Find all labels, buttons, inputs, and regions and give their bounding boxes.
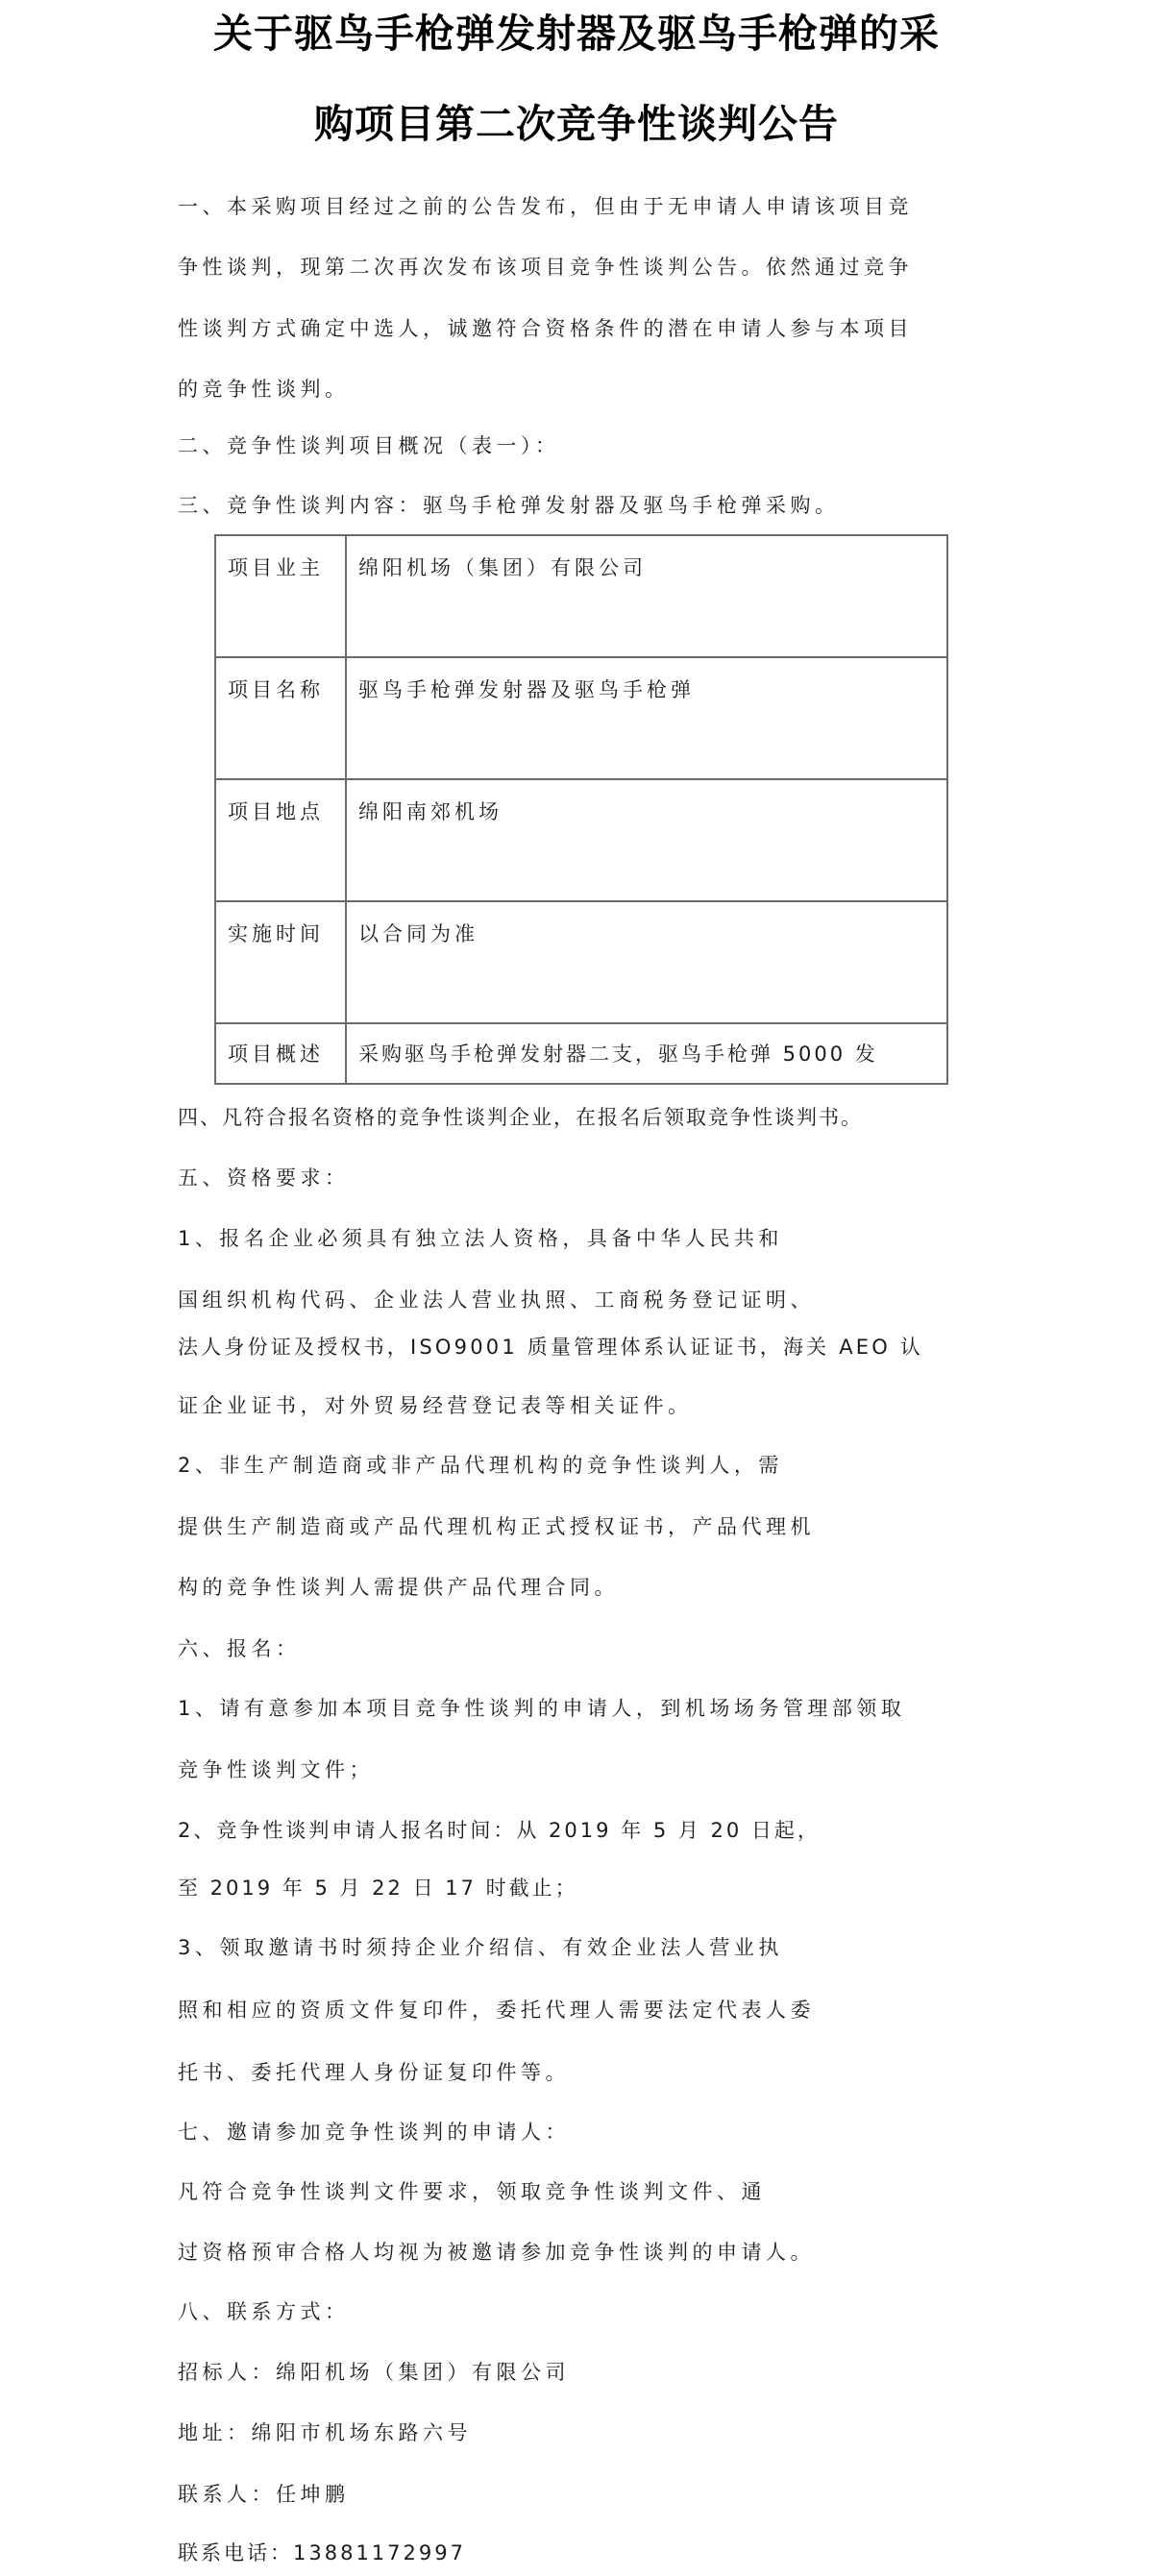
section1-line-4: 的竞争性谈判。: [178, 377, 350, 402]
table-cell-label: 项目地点: [215, 779, 346, 901]
section6-item3-line-1: 3、领取邀请书时须持企业介绍信、有效企业法人营业执: [178, 1935, 783, 1960]
contact-phone: 联系电话：13881172997: [178, 2540, 466, 2565]
table-cell-value: 以合同为准: [346, 901, 947, 1023]
table-row: 项目概述 采购驱鸟手枪弹发射器二支，驱鸟手枪弹 5000 发: [215, 1023, 947, 1084]
section1-line-1: 一、本采购项目经过之前的公告发布，但由于无申请人申请该项目竞: [178, 194, 913, 219]
page-title-line-1: 关于驱鸟手枪弹发射器及驱鸟手枪弹的采: [0, 10, 1153, 58]
table-row: 实施时间 以合同为准: [215, 901, 947, 1023]
section6-heading: 六、报名：: [178, 1636, 301, 1661]
section7-body-line-1: 凡符合竞争性谈判文件要求，领取竞争性谈判文件、通: [178, 2179, 766, 2204]
section5-item2-line-1: 2、非生产制造商或非产品代理机构的竞争性谈判人，需: [178, 1453, 783, 1478]
section1-line-3: 性谈判方式确定中选人，诚邀符合资格条件的潜在申请人参与本项目: [178, 316, 913, 341]
section7-body-line-2: 过资格预审合格人均视为被邀请参加竞争性谈判的申请人。: [178, 2240, 815, 2265]
section5-item2-line-2: 提供生产制造商或产品代理机构正式授权证书，产品代理机: [178, 1514, 815, 1539]
table-cell-label: 实施时间: [215, 901, 346, 1023]
section5-item2-line-3: 构的竞争性谈判人需提供产品代理合同。: [178, 1575, 619, 1600]
project-overview-table: 项目业主 绵阳机场（集团）有限公司 项目名称 驱鸟手枪弹发射器及驱鸟手枪弹 项目…: [214, 534, 948, 1085]
table-row: 项目名称 驱鸟手枪弹发射器及驱鸟手枪弹: [215, 657, 947, 779]
section3-heading: 三、竞争性谈判内容：驱鸟手枪弹发射器及驱鸟手枪弹采购。: [178, 493, 840, 518]
section5-item1-line-2: 国组织机构代码、企业法人营业执照、工商税务登记证明、: [178, 1288, 815, 1313]
section4-line: 四、凡符合报名资格的竞争性谈判企业，在报名后领取竞争性谈判书。: [178, 1105, 863, 1130]
section6-item2-line-2: 至 2019 年 5 月 22 日 17 时截止；: [178, 1876, 578, 1901]
section6-item3-line-2: 照和相应的资质文件复印件，委托代理人需要法定代表人委: [178, 1998, 815, 2023]
page-title-line-2: 购项目第二次竞争性谈判公告: [0, 100, 1153, 148]
table-cell-value: 采购驱鸟手枪弹发射器二支，驱鸟手枪弹 5000 发: [346, 1023, 947, 1084]
section7-heading: 七、邀请参加竞争性谈判的申请人：: [178, 2120, 570, 2145]
section6-item3-line-3: 托书、委托代理人身份证复印件等。: [178, 2060, 570, 2085]
section8-heading: 八、联系方式：: [178, 2299, 350, 2324]
section5-item1-line-4: 证企业证书，对外贸易经营登记表等相关证件。: [178, 1393, 693, 1418]
table-cell-label: 项目业主: [215, 535, 346, 657]
table-cell-label: 项目名称: [215, 657, 346, 779]
contact-address: 地址：绵阳市机场东路六号: [178, 2420, 472, 2445]
contact-tenderer: 招标人：绵阳机场（集团）有限公司: [178, 2360, 570, 2385]
contact-person: 联系人：任坤鹏: [178, 2482, 350, 2507]
section1-line-2: 争性谈判，现第二次再次发布该项目竞争性谈判公告。依然通过竞争: [178, 255, 913, 280]
section6-item1-line-1: 1、请有意参加本项目竞争性谈判的申请人，到机场场务管理部领取: [178, 1696, 905, 1721]
section5-item1-line-3: 法人身份证及授权书，ISO9001 质量管理体系认证证书，海关 AEO 认: [178, 1335, 923, 1360]
section6-item1-line-2: 竞争性谈判文件；: [178, 1757, 374, 1782]
table-cell-value: 绵阳南郊机场: [346, 779, 947, 901]
table-row: 项目业主 绵阳机场（集团）有限公司: [215, 535, 947, 657]
table-cell-value: 绵阳机场（集团）有限公司: [346, 535, 947, 657]
table-cell-value: 驱鸟手枪弹发射器及驱鸟手枪弹: [346, 657, 947, 779]
section5-heading: 五、资格要求：: [178, 1165, 350, 1190]
table-row: 项目地点 绵阳南郊机场: [215, 779, 947, 901]
section6-item2-line-1: 2、竞争性谈判申请人报名时间：从 2019 年 5 月 20 日起，: [178, 1818, 821, 1843]
table-cell-label: 项目概述: [215, 1023, 346, 1084]
section5-item1-line-1: 1、报名企业必须具有独立法人资格，具备中华人民共和: [178, 1226, 783, 1251]
section2-heading: 二、竞争性谈判项目概况（表一）：: [178, 433, 560, 458]
